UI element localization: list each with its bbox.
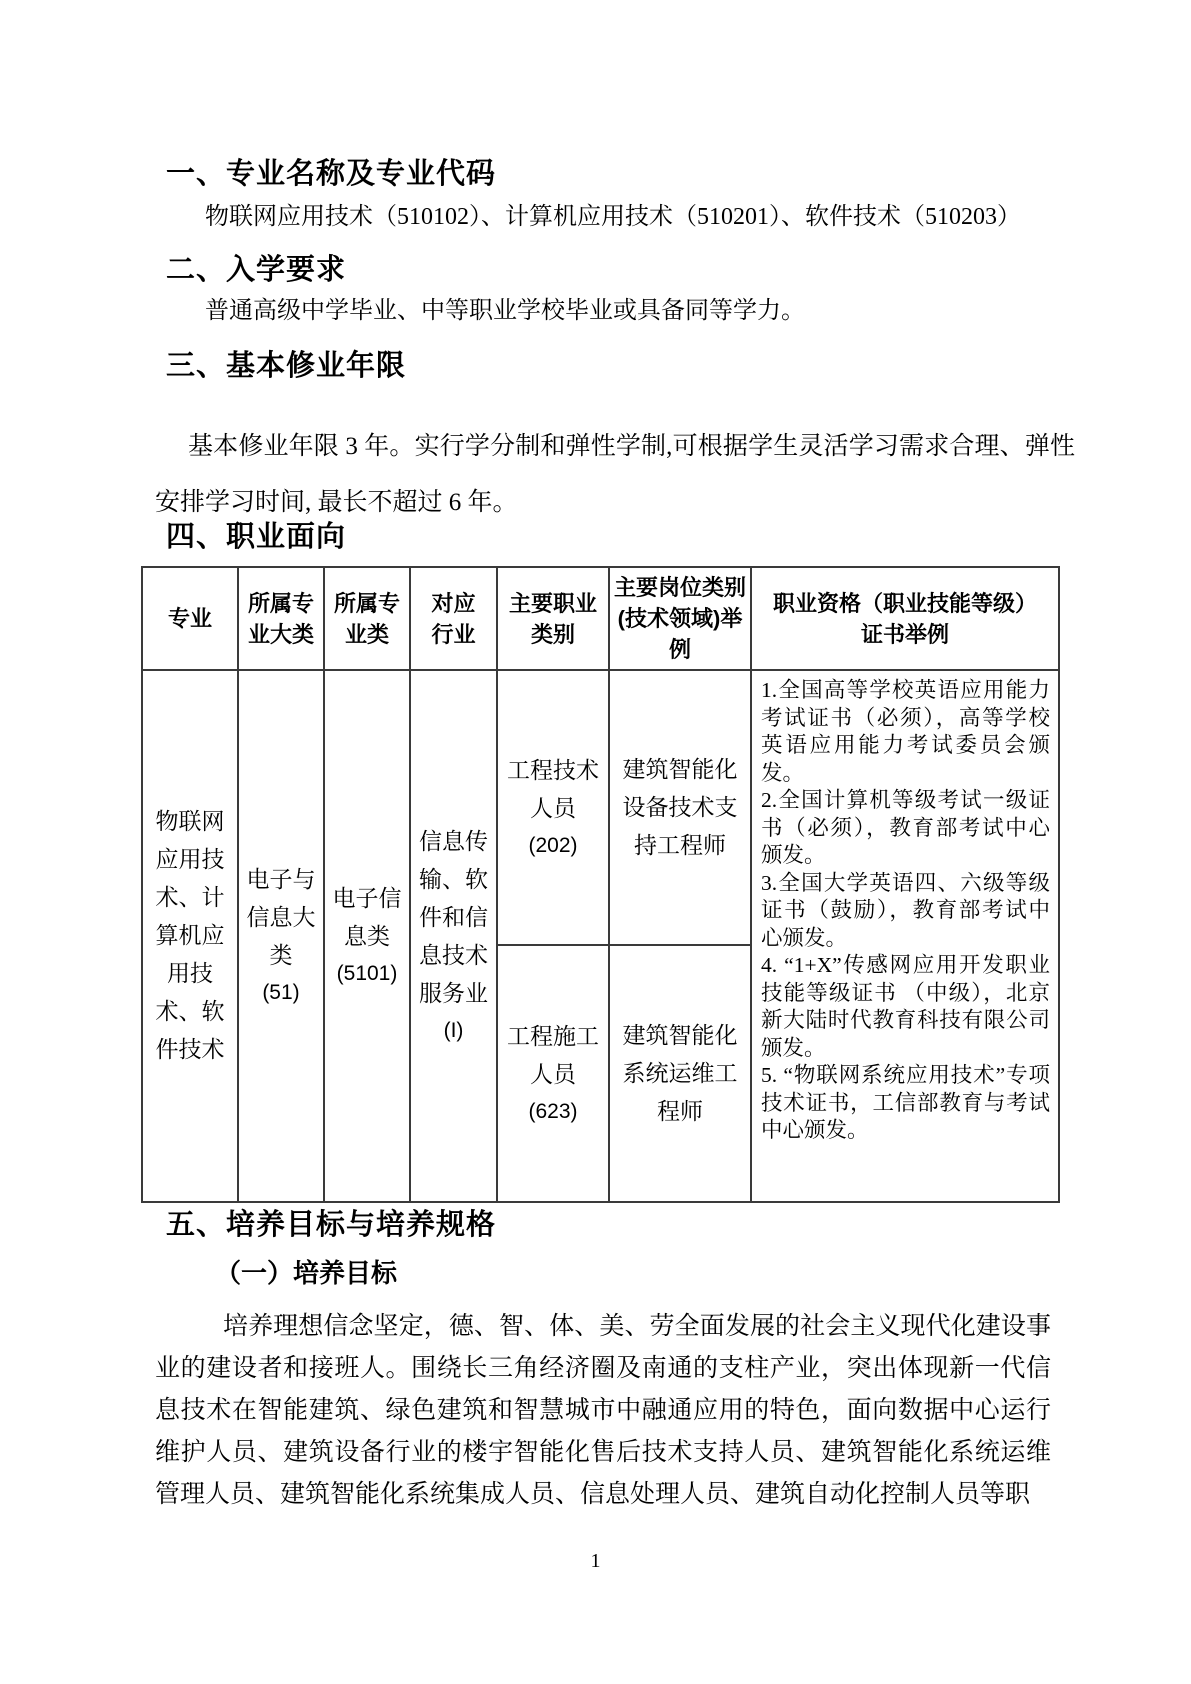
document-page: 一、专业名称及专业代码 物联网应用技术（510102）、计算机应用技术（5102…	[0, 0, 1191, 1684]
section-4-heading: 四、职业面向	[166, 519, 346, 555]
cell-category: 电子信息类 (5101)	[324, 670, 410, 1202]
certificate-item: 1.全国高等学校英语应用能力考试证书（必须），高等学校英语应用能力考试委员会颁发…	[761, 677, 1050, 787]
col-header-category: 所属专业类	[324, 567, 410, 670]
col-header-category-group: 所属专业大类	[238, 567, 324, 670]
cell-occupation-2: 工程施工人员 (623)	[497, 945, 609, 1202]
certificate-item: 2.全国计算机等级考试一级证书（必须），教育部考试中心颁发。	[761, 787, 1050, 870]
cell-position-1: 建筑智能化设备技术支持工程师	[609, 670, 751, 945]
occupation-1-code: (202)	[500, 828, 606, 864]
cell-position-2: 建筑智能化系统运维工程师	[609, 945, 751, 1202]
career-orientation-table: 专业 所属专业大类 所属专业类 对应行业 主要职业类别 主要岗位类别(技术领域)…	[141, 566, 1060, 1203]
col-header-occupation: 主要职业类别	[497, 567, 609, 670]
career-table-container: 专业 所属专业大类 所属专业类 对应行业 主要职业类别 主要岗位类别(技术领域)…	[141, 566, 1060, 1203]
section-3-body: 基本修业年限 3 年。实行学分制和弹性学制,可根据学生灵活学习需求合理、弹性安排…	[155, 419, 1075, 531]
section-5-subheading: （一）培养目标	[215, 1256, 397, 1290]
col-header-major: 专业	[142, 567, 238, 670]
cell-category-group: 电子与信息大类 (51)	[238, 670, 324, 1202]
page-number: 1	[0, 1550, 1191, 1573]
occupation-2-code: (623)	[500, 1094, 606, 1130]
cell-certificates: 1.全国高等学校英语应用能力考试证书（必须），高等学校英语应用能力考试委员会颁发…	[751, 670, 1059, 1202]
certificate-item: 5. “物联网系统应用技术”专项技术证书，工信部教育与考试中心颁发。	[761, 1062, 1050, 1145]
cell-occupation-1: 工程技术人员 (202)	[497, 670, 609, 945]
position-1-name: 建筑智能化设备技术支持工程师	[612, 751, 748, 865]
major-names: 物联网应用技术、计算机应用技术、软件技术	[145, 803, 235, 1069]
cell-industry: 信息传输、软件和信息技术服务业 (I)	[410, 670, 497, 1202]
col-header-certificates: 职业资格（职业技能等级）证书举例	[751, 567, 1059, 670]
section-3-heading: 三、基本修业年限	[166, 348, 406, 384]
section-5-heading: 五、培养目标与培养规格	[166, 1207, 496, 1243]
section-2-body: 普通高级中学毕业、中等职业学校毕业或具备同等学力。	[205, 295, 805, 327]
industry-code: (I)	[413, 1013, 494, 1049]
category-name: 电子信息类	[327, 880, 407, 956]
col-header-position: 主要岗位类别(技术领域)举例	[609, 567, 751, 670]
cell-major: 物联网应用技术、计算机应用技术、软件技术	[142, 670, 238, 1202]
certificate-item: 3.全国大学英语四、六级等级证书（鼓励），教育部考试中心颁发。	[761, 870, 1050, 953]
occupation-2-name: 工程施工人员	[500, 1018, 606, 1094]
section-2-heading: 二、入学要求	[166, 252, 346, 288]
position-2-name: 建筑智能化系统运维工程师	[612, 1017, 748, 1131]
category-code: (5101)	[327, 956, 407, 992]
occupation-1-name: 工程技术人员	[500, 752, 606, 828]
section-5-body: 培养理想信念坚定，德、智、体、美、劳全面发展的社会主义现代化建设事业的建设者和接…	[155, 1306, 1051, 1516]
category-group-name: 电子与信息大类	[241, 861, 321, 975]
certificate-list: 1.全国高等学校英语应用能力考试证书（必须），高等学校英语应用能力考试委员会颁发…	[761, 677, 1050, 1145]
col-header-industry: 对应行业	[410, 567, 497, 670]
category-group-code: (51)	[241, 975, 321, 1011]
section-1-heading: 一、专业名称及专业代码	[166, 156, 496, 192]
industry-name: 信息传输、软件和信息技术服务业	[413, 823, 494, 1013]
certificate-item: 4. “1+X”传感网应用开发职业技能等级证书 （中级），北京新大陆时代教育科技…	[761, 952, 1050, 1062]
section-1-body: 物联网应用技术（510102）、计算机应用技术（510201）、软件技术（510…	[205, 201, 1021, 233]
